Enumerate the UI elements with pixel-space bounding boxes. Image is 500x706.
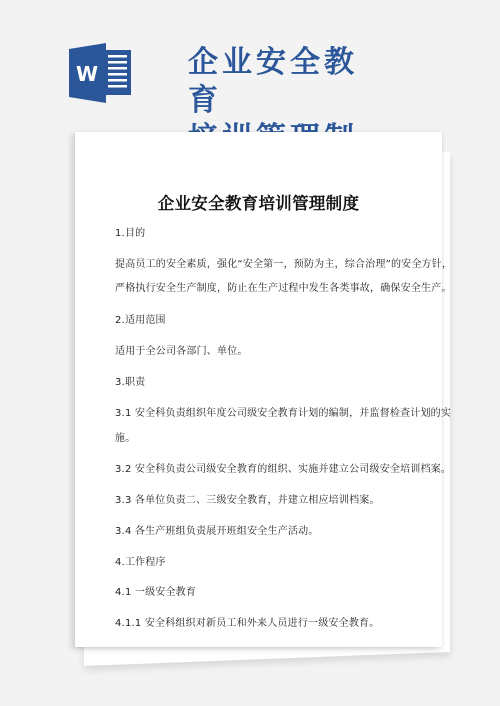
paragraph-line: 3.3 各单位负责二、三级安全教育，并建立相应培训档案。 — [115, 495, 380, 507]
section-heading: 4.工作程序 — [115, 557, 166, 569]
paragraph-line: 4.1.1 安全科组织对新员工和外来人员进行一级安全教育。 — [115, 618, 379, 630]
paragraph-line: 3.2 安全科负责公司级安全教育的组织、实施并建立公司级安全培训档案。 — [115, 464, 451, 476]
paragraph-line: 提高员工的安全素质，强化“安全第一，预防为主，综合治理”的安全方针， — [115, 259, 452, 271]
section-heading: 3.职责 — [115, 377, 145, 389]
paragraph-line: 严格执行安全生产制度，防止在生产过程中发生各类事故，确保安全生产。 — [115, 283, 452, 295]
word-document-icon: W — [69, 43, 135, 103]
paragraph-line: 3.1 安全科负责组织年度公司级安全教育计划的编制，并监督检查计划的实 — [115, 408, 451, 420]
document-page: 企业安全教育培训管理制度 1.目的 提高员工的安全素质，强化“安全第一，预防为主… — [75, 132, 442, 647]
paragraph-line: 施。 — [115, 433, 135, 445]
svg-text:W: W — [76, 62, 98, 86]
section-heading: 1.目的 — [115, 228, 145, 240]
banner-title-line-1: 企业安全教育 — [188, 44, 388, 120]
paragraph-line: 3.4 各生产班组负责展开班组安全生产活动。 — [115, 526, 318, 538]
paragraph-line: 适用于全公司各部门、单位。 — [115, 346, 248, 358]
document-title: 企业安全教育培训管理制度 — [75, 190, 442, 214]
section-heading: 2.适用范围 — [115, 315, 166, 327]
subsection-heading: 4.1 一级安全教育 — [115, 587, 196, 599]
